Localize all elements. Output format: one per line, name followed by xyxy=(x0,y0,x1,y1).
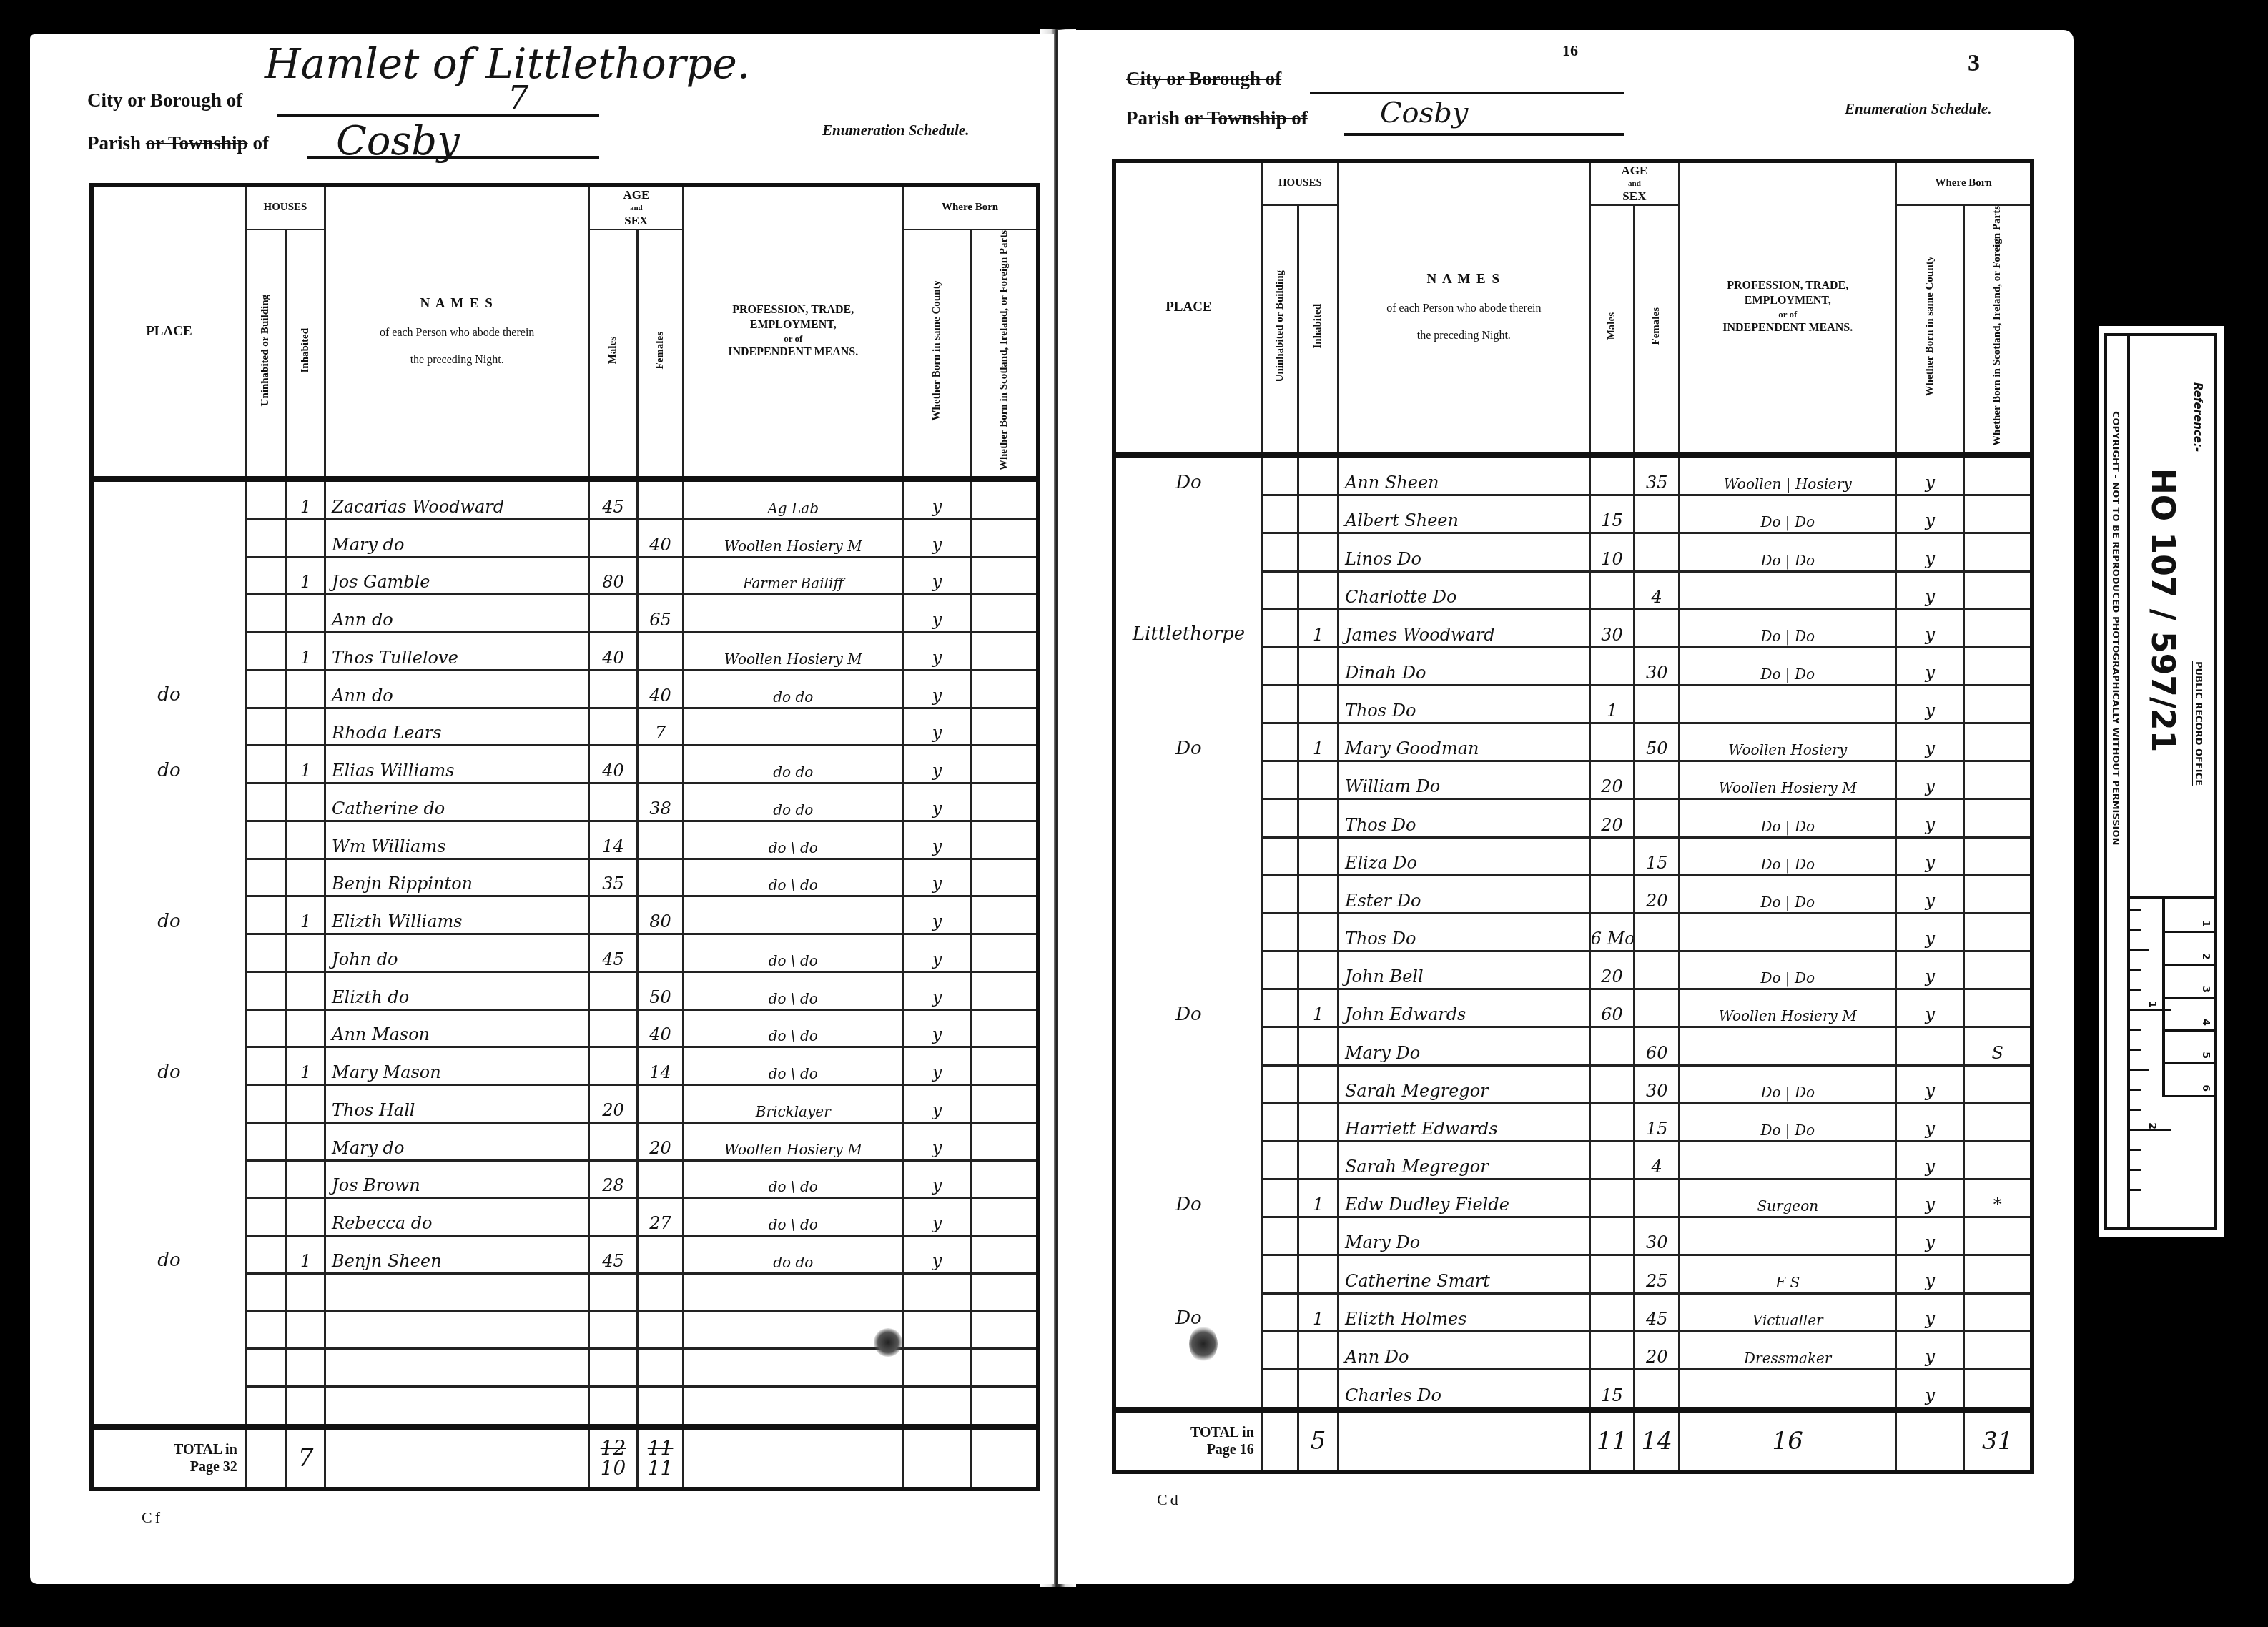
row-occupation: Do | Do xyxy=(1680,875,1896,913)
row-male-age xyxy=(589,595,638,633)
row-occupation: do \ do xyxy=(684,1047,903,1085)
row-female-age: 60 xyxy=(1635,1027,1680,1065)
table-row: Ann Mason40do \ doy xyxy=(92,1009,1038,1047)
table-row xyxy=(92,1349,1038,1387)
row-uninhabited xyxy=(1262,875,1298,913)
row-name: John Bell xyxy=(1338,951,1589,989)
row-same-county: y xyxy=(1896,1065,1964,1103)
row-male-age: 45 xyxy=(589,479,638,519)
row-inhabited: 1 xyxy=(1298,989,1338,1027)
row-place: Do xyxy=(1114,723,1262,761)
row-female-age: 20 xyxy=(1635,1331,1680,1369)
row-uninhabited xyxy=(1262,761,1298,799)
row-occupation: Do | Do xyxy=(1680,647,1896,685)
row-same-county: y xyxy=(1896,455,1964,495)
row-uninhabited xyxy=(1262,647,1298,685)
table-row: Mary Do60S xyxy=(1114,1027,2032,1065)
col-place: PLACE xyxy=(1114,161,1262,455)
row-male-age: 28 xyxy=(589,1160,638,1198)
left-total-profession xyxy=(684,1427,903,1489)
right-parish-label: Parish or Township of xyxy=(1126,107,1308,129)
row-occupation: Bricklayer xyxy=(684,1085,903,1123)
row-inhabited xyxy=(1298,913,1338,951)
row-foreign xyxy=(971,971,1038,1009)
row-same-county: y xyxy=(1896,1217,1964,1255)
row-inhabited xyxy=(286,1349,325,1387)
row-place xyxy=(1114,571,1262,609)
row-same-county: y xyxy=(903,1009,972,1047)
row-occupation: do \ do xyxy=(684,821,903,859)
row-occupation xyxy=(684,1387,903,1427)
row-female-age xyxy=(637,1311,683,1349)
row-foreign xyxy=(971,633,1038,671)
row-foreign xyxy=(1964,951,2032,989)
row-inhabited: 1 xyxy=(286,479,325,519)
table-row: Eliza Do15Do | Doy xyxy=(1114,837,2032,875)
row-inhabited xyxy=(1298,837,1338,875)
table-row: Do1Elizth Holmes45Victuallery xyxy=(1114,1293,2032,1331)
row-male-age xyxy=(589,1311,638,1349)
table-row: Catherine Smart25F Sy xyxy=(1114,1255,2032,1293)
row-same-county: y xyxy=(1896,951,1964,989)
row-female-age xyxy=(1635,1369,1680,1410)
row-name xyxy=(325,1311,589,1349)
table-row: Mary do40Woollen Hosiery My xyxy=(92,519,1038,557)
row-place: do xyxy=(92,896,245,934)
row-foreign xyxy=(971,1085,1038,1123)
row-uninhabited xyxy=(1262,1180,1298,1217)
page-number: 3 xyxy=(1968,50,1980,77)
row-uninhabited xyxy=(245,595,286,633)
row-place xyxy=(1114,1255,1262,1293)
row-female-age xyxy=(637,821,683,859)
row-same-county: y xyxy=(1896,1180,1964,1217)
col-uninhabited: Uninhabited or Building xyxy=(1262,205,1298,455)
row-male-age xyxy=(1589,837,1635,875)
row-uninhabited xyxy=(245,1122,286,1160)
row-female-age xyxy=(637,479,683,519)
row-female-age: 4 xyxy=(1635,571,1680,609)
row-foreign xyxy=(971,1349,1038,1387)
row-occupation xyxy=(1680,1217,1896,1255)
reference-number: HO 107 / 597/21 xyxy=(2144,468,2181,752)
row-occupation xyxy=(684,595,903,633)
row-female-age: 25 xyxy=(1635,1255,1680,1293)
row-inhabited: 1 xyxy=(1298,609,1338,647)
row-name: Catherine do xyxy=(325,783,589,821)
row-place xyxy=(92,1198,245,1236)
row-occupation: Do | Do xyxy=(1680,951,1896,989)
row-same-county: y xyxy=(1896,495,1964,533)
row-place xyxy=(92,1387,245,1427)
row-same-county: y xyxy=(1896,533,1964,571)
left-census-table: PLACE HOUSES N A M E Sof each Person who… xyxy=(89,183,1040,1491)
row-name: Wm Williams xyxy=(325,821,589,859)
row-male-age: 20 xyxy=(589,1085,638,1123)
table-row: Do1John Edwards60Woollen Hosiery My xyxy=(1114,989,2032,1027)
row-uninhabited xyxy=(1262,799,1298,837)
row-name: Catherine Smart xyxy=(1338,1255,1589,1293)
row-occupation: do do xyxy=(684,783,903,821)
table-row: Thos Do1y xyxy=(1114,686,2032,723)
row-uninhabited xyxy=(245,896,286,934)
ruler-inch-1: 1 xyxy=(2146,1001,2158,1008)
row-uninhabited xyxy=(245,479,286,519)
row-name: Harriett Edwards xyxy=(1338,1103,1589,1141)
row-foreign xyxy=(1964,647,2032,685)
left-total-males: 1210 xyxy=(589,1427,638,1489)
table-row: Rebecca do27do \ doy xyxy=(92,1198,1038,1236)
row-uninhabited xyxy=(245,971,286,1009)
row-place xyxy=(92,557,245,595)
row-same-county: y xyxy=(903,557,972,595)
row-name: Mary Do xyxy=(1338,1217,1589,1255)
row-inhabited xyxy=(286,1009,325,1047)
row-foreign xyxy=(1964,1331,2032,1369)
row-inhabited xyxy=(286,1198,325,1236)
left-total-foreign xyxy=(971,1427,1038,1489)
copyright-notice: COPYRIGHT - NOT TO BE REPRODUCED PHOTOGR… xyxy=(2110,411,2121,845)
row-occupation: Do | Do xyxy=(1680,837,1896,875)
row-female-age: 27 xyxy=(637,1198,683,1236)
row-place xyxy=(1114,533,1262,571)
row-name: John do xyxy=(325,934,589,972)
row-place xyxy=(1114,799,1262,837)
row-female-age xyxy=(1635,495,1680,533)
row-same-county: y xyxy=(903,1198,972,1236)
col-uninhabited: Uninhabited or Building xyxy=(245,229,286,479)
row-female-age: 40 xyxy=(637,1009,683,1047)
row-occupation: do \ do xyxy=(684,934,903,972)
row-uninhabited xyxy=(245,633,286,671)
row-male-age xyxy=(1589,875,1635,913)
row-same-county: y xyxy=(1896,1255,1964,1293)
row-occupation: Woollen | Hosiery xyxy=(1680,455,1896,495)
row-male-age xyxy=(1589,1293,1635,1331)
row-uninhabited xyxy=(245,1311,286,1349)
col-profession: PROFESSION, TRADE,EMPLOYMENT,or ofINDEPE… xyxy=(1680,161,1896,455)
row-same-county: y xyxy=(1896,989,1964,1027)
table-row: Ann do65y xyxy=(92,595,1038,633)
row-same-county: y xyxy=(903,746,972,783)
table-row: Jos Brown28do \ doy xyxy=(92,1160,1038,1198)
row-inhabited xyxy=(286,519,325,557)
row-female-age xyxy=(637,1349,683,1387)
table-row: do1Elias Williams40do doy xyxy=(92,746,1038,783)
row-foreign xyxy=(1964,799,2032,837)
row-place xyxy=(92,1122,245,1160)
row-inhabited: 1 xyxy=(286,1047,325,1085)
row-female-age xyxy=(637,1387,683,1427)
row-female-age xyxy=(1635,989,1680,1027)
row-inhabited xyxy=(1298,495,1338,533)
row-uninhabited xyxy=(1262,1217,1298,1255)
row-occupation: Woollen Hosiery M xyxy=(684,519,903,557)
table-row: Thos Do6 Monthsy xyxy=(1114,913,2032,951)
row-female-age xyxy=(1635,913,1680,951)
row-foreign xyxy=(971,746,1038,783)
row-occupation: Do | Do xyxy=(1680,495,1896,533)
row-female-age xyxy=(637,746,683,783)
col-houses: HOUSES xyxy=(1262,161,1338,205)
row-foreign xyxy=(1964,875,2032,913)
row-foreign xyxy=(971,1387,1038,1427)
row-uninhabited xyxy=(1262,571,1298,609)
row-foreign xyxy=(1964,571,2032,609)
row-uninhabited xyxy=(245,746,286,783)
row-name: Ann do xyxy=(325,670,589,708)
row-male-age xyxy=(589,1387,638,1427)
right-total-uninhabited xyxy=(1262,1410,1298,1472)
row-name: Charles Do xyxy=(1338,1369,1589,1410)
row-place xyxy=(92,708,245,746)
row-place xyxy=(92,859,245,896)
row-uninhabited xyxy=(1262,1065,1298,1103)
row-name: Mary Goodman xyxy=(1338,723,1589,761)
row-same-county xyxy=(903,1387,972,1427)
reference-slip: COPYRIGHT - NOT TO BE REPRODUCED PHOTOGR… xyxy=(2099,326,2224,1237)
row-place xyxy=(92,479,245,519)
row-place xyxy=(1114,1141,1262,1179)
table-row: do1Benjn Sheen45do doy xyxy=(92,1236,1038,1274)
row-inhabited: 1 xyxy=(286,633,325,671)
row-name: Mary Do xyxy=(1338,1027,1589,1065)
row-female-age: 30 xyxy=(1635,1065,1680,1103)
row-male-age: 35 xyxy=(589,859,638,896)
row-female-age xyxy=(637,633,683,671)
row-inhabited xyxy=(1298,1255,1338,1293)
row-name: Thos Do xyxy=(1338,913,1589,951)
row-occupation: do \ do xyxy=(684,1160,903,1198)
row-place xyxy=(1114,837,1262,875)
row-same-county: y xyxy=(903,1085,972,1123)
left-footer-mark: Cf xyxy=(142,1508,163,1527)
row-same-county: y xyxy=(1896,1331,1964,1369)
col-age-sex: AGEandSEX xyxy=(1589,161,1679,205)
row-same-county: y xyxy=(1896,723,1964,761)
row-occupation: Surgeon xyxy=(1680,1180,1896,1217)
table-row: Ann Do20Dressmakery xyxy=(1114,1331,2032,1369)
row-male-age: 15 xyxy=(1589,495,1635,533)
row-inhabited xyxy=(1298,686,1338,723)
row-name: Elizth do xyxy=(325,971,589,1009)
row-female-age xyxy=(637,1236,683,1274)
row-occupation xyxy=(1680,1027,1896,1065)
row-female-age: 7 xyxy=(637,708,683,746)
row-foreign xyxy=(1964,1065,2032,1103)
row-occupation: do \ do xyxy=(684,859,903,896)
row-male-age xyxy=(1589,1027,1635,1065)
row-male-age: 80 xyxy=(589,557,638,595)
row-inhabited xyxy=(286,595,325,633)
row-inhabited xyxy=(1298,761,1338,799)
row-place xyxy=(92,595,245,633)
row-foreign xyxy=(971,557,1038,595)
row-female-age: 30 xyxy=(1635,1217,1680,1255)
row-same-county: y xyxy=(903,633,972,671)
row-foreign xyxy=(971,783,1038,821)
row-occupation: Do | Do xyxy=(1680,1065,1896,1103)
row-male-age: 30 xyxy=(1589,609,1635,647)
row-occupation: Woollen Hosiery M xyxy=(684,633,903,671)
row-same-county: y xyxy=(903,479,972,519)
public-record-office: PUBLIC RECORD OFFICE xyxy=(2193,661,2204,786)
row-name: Benjn Rippinton xyxy=(325,859,589,896)
row-name: Mary do xyxy=(325,519,589,557)
row-occupation: Do | Do xyxy=(1680,533,1896,571)
row-uninhabited xyxy=(1262,723,1298,761)
row-foreign xyxy=(971,896,1038,934)
row-place xyxy=(92,971,245,1009)
row-male-age xyxy=(589,519,638,557)
row-same-county: y xyxy=(1896,837,1964,875)
ruler-cm-box: 2 xyxy=(2162,933,2214,966)
table-row: John do45do \ doy xyxy=(92,934,1038,972)
row-male-age xyxy=(1589,1217,1635,1255)
col-age-sex: AGEandSEX xyxy=(589,185,684,229)
table-row: Wm Williams14do \ doy xyxy=(92,821,1038,859)
table-row: doAnn do40do doy xyxy=(92,670,1038,708)
row-foreign xyxy=(1964,686,2032,723)
row-place xyxy=(1114,495,1262,533)
row-female-age xyxy=(1635,1180,1680,1217)
row-place xyxy=(92,783,245,821)
row-place xyxy=(1114,1369,1262,1410)
row-inhabited xyxy=(286,1085,325,1123)
row-foreign xyxy=(971,821,1038,859)
row-place: do xyxy=(92,1236,245,1274)
row-uninhabited xyxy=(1262,609,1298,647)
row-name: Edw Dudley Fielde xyxy=(1338,1180,1589,1217)
row-female-age: 20 xyxy=(1635,875,1680,913)
row-foreign xyxy=(971,1311,1038,1349)
row-same-county: y xyxy=(1896,1369,1964,1410)
col-females: Females xyxy=(1635,205,1680,455)
row-same-county xyxy=(1896,1027,1964,1065)
row-female-age: 20 xyxy=(637,1122,683,1160)
row-occupation xyxy=(1680,686,1896,723)
row-name: James Woodward xyxy=(1338,609,1589,647)
row-foreign: S xyxy=(1964,1027,2032,1065)
row-place xyxy=(92,1160,245,1198)
row-foreign xyxy=(971,519,1038,557)
row-occupation: do do xyxy=(684,746,903,783)
row-foreign xyxy=(1964,1255,2032,1293)
row-foreign xyxy=(1964,1217,2032,1255)
row-male-age xyxy=(1589,1331,1635,1369)
row-inhabited: 1 xyxy=(286,896,325,934)
left-total-same-county xyxy=(903,1427,972,1489)
row-female-age: 50 xyxy=(1635,723,1680,761)
row-male-age xyxy=(589,896,638,934)
reference-label: Reference:- xyxy=(2191,382,2204,452)
row-occupation: Farmer Bailiff xyxy=(684,557,903,595)
row-place xyxy=(1114,875,1262,913)
ruler-cm-box: 4 xyxy=(2162,999,2214,1032)
row-male-age xyxy=(589,783,638,821)
row-name: Thos Do xyxy=(1338,686,1589,723)
row-inhabited xyxy=(1298,1217,1338,1255)
row-foreign xyxy=(1964,1141,2032,1179)
row-foreign xyxy=(1964,533,2032,571)
row-place xyxy=(1114,1217,1262,1255)
row-place xyxy=(92,1009,245,1047)
row-foreign xyxy=(1964,495,2032,533)
row-name: Mary do xyxy=(325,1122,589,1160)
left-handwritten-number: 7 xyxy=(508,79,528,117)
row-name: Thos Hall xyxy=(325,1085,589,1123)
table-row: 1Zacarias Woodward45Ag Laby xyxy=(92,479,1038,519)
row-male-age xyxy=(1589,647,1635,685)
row-same-county: y xyxy=(1896,913,1964,951)
row-uninhabited xyxy=(245,821,286,859)
row-inhabited: 1 xyxy=(286,1236,325,1274)
row-place xyxy=(92,633,245,671)
row-male-age: 15 xyxy=(1589,1369,1635,1410)
row-name: Ester Do xyxy=(1338,875,1589,913)
table-row: Littlethorpe1James Woodward30Do | Doy xyxy=(1114,609,2032,647)
right-total-profession: 16 xyxy=(1680,1410,1896,1472)
row-occupation: F S xyxy=(1680,1255,1896,1293)
row-female-age xyxy=(637,557,683,595)
row-name: Ann Sheen xyxy=(1338,455,1589,495)
col-names: N A M E Sof each Person who abode therei… xyxy=(325,185,589,479)
row-male-age xyxy=(589,1198,638,1236)
table-row: Elizth do50do \ doy xyxy=(92,971,1038,1009)
row-name: Elias Williams xyxy=(325,746,589,783)
row-inhabited: 1 xyxy=(286,746,325,783)
row-name: Eliza Do xyxy=(1338,837,1589,875)
row-place xyxy=(1114,1103,1262,1141)
row-male-age xyxy=(1589,1103,1635,1141)
right-total-inhabited: 5 xyxy=(1298,1410,1338,1472)
row-occupation: do \ do xyxy=(684,1198,903,1236)
row-same-county: y xyxy=(903,896,972,934)
table-row: Mary Do30y xyxy=(1114,1217,2032,1255)
left-city-line xyxy=(277,114,599,117)
row-place: do xyxy=(92,1047,245,1085)
col-same-county: Whether Born in same County xyxy=(1896,205,1964,455)
row-female-age: 65 xyxy=(637,595,683,633)
row-place xyxy=(1114,951,1262,989)
row-name: Benjn Sheen xyxy=(325,1236,589,1274)
row-inhabited: 1 xyxy=(1298,723,1338,761)
row-occupation: Do | Do xyxy=(1680,799,1896,837)
row-place xyxy=(92,934,245,972)
row-uninhabited xyxy=(1262,533,1298,571)
row-inhabited xyxy=(1298,533,1338,571)
row-uninhabited xyxy=(245,519,286,557)
row-same-county: y xyxy=(1896,1293,1964,1331)
row-same-county: y xyxy=(1896,571,1964,609)
row-place xyxy=(1114,686,1262,723)
row-place xyxy=(92,1349,245,1387)
row-name: Rhoda Lears xyxy=(325,708,589,746)
row-uninhabited xyxy=(245,557,286,595)
row-name: Jos Brown xyxy=(325,1160,589,1198)
row-uninhabited xyxy=(1262,1027,1298,1065)
row-same-county: y xyxy=(1896,609,1964,647)
row-place: do xyxy=(92,670,245,708)
row-male-age xyxy=(589,1009,638,1047)
table-row: do1Mary Mason14do \ doy xyxy=(92,1047,1038,1085)
table-row xyxy=(92,1387,1038,1427)
row-name xyxy=(325,1387,589,1427)
ruler-cm-box: 6 xyxy=(2162,1064,2214,1097)
row-male-age xyxy=(1589,1141,1635,1179)
row-male-age: 20 xyxy=(1589,799,1635,837)
row-occupation: Woollen Hosiery M xyxy=(1680,761,1896,799)
